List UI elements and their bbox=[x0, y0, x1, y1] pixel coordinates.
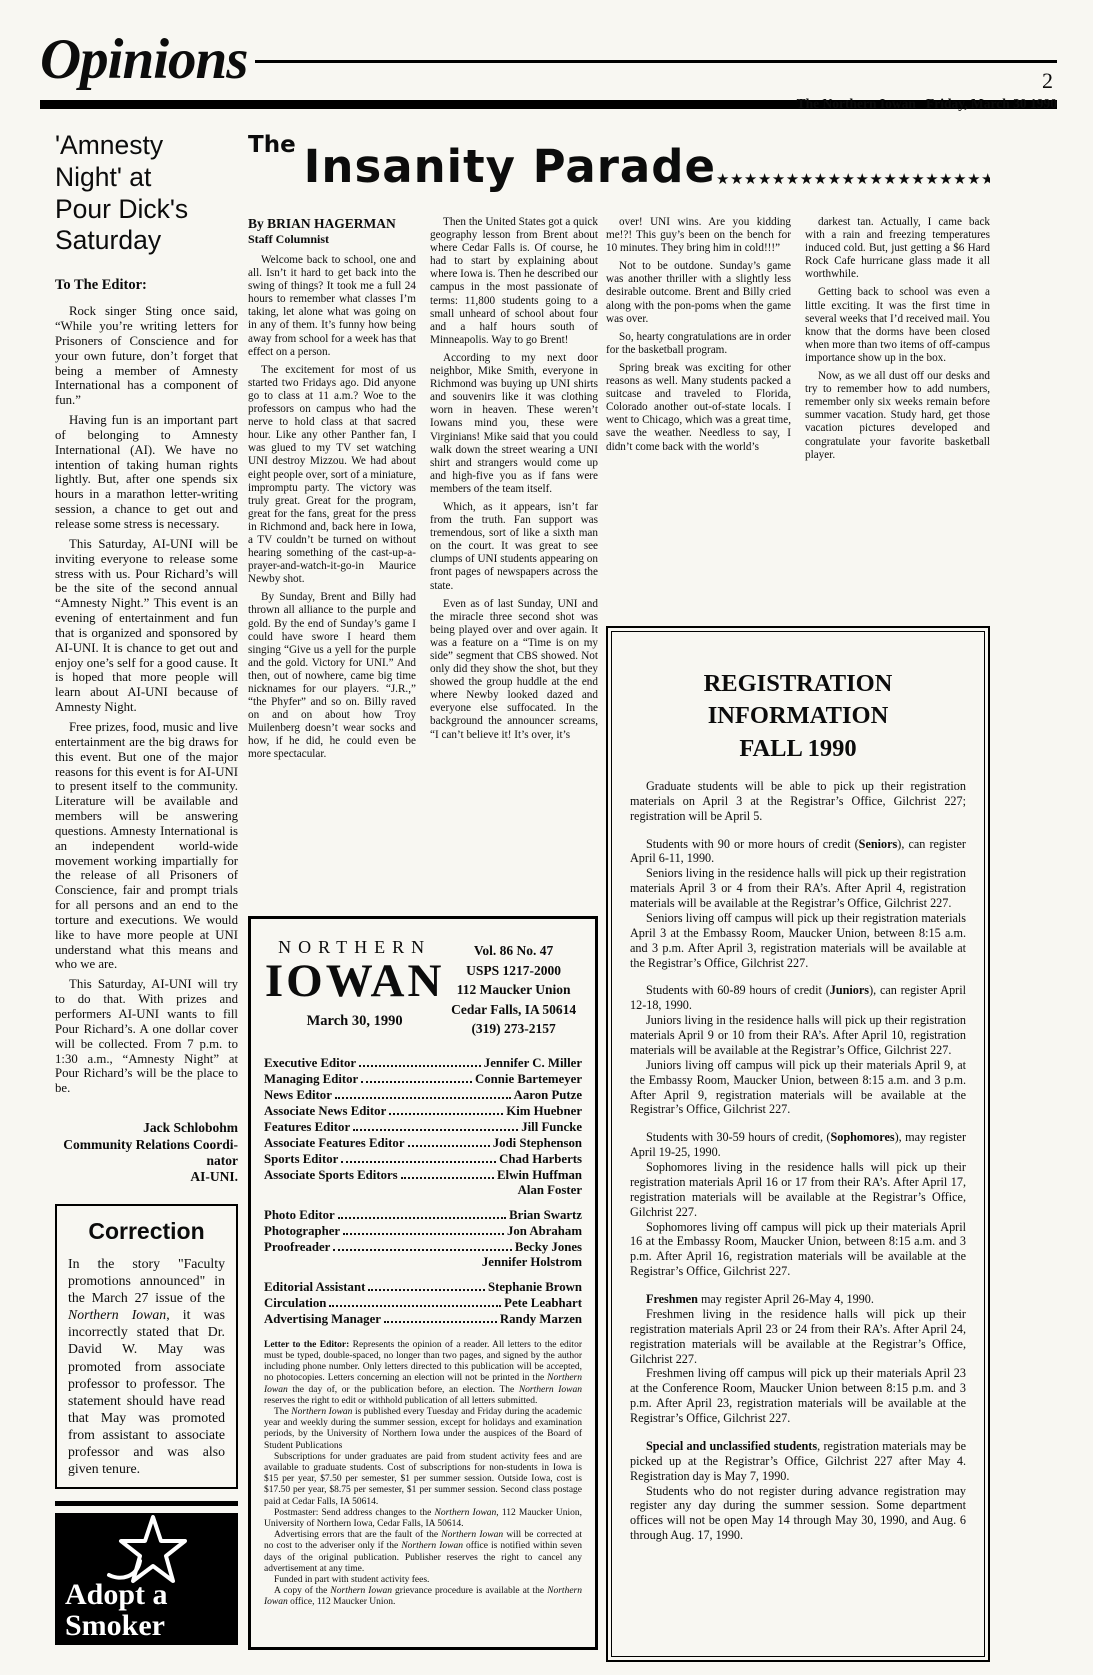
left-half: By BRIAN HAGERMAN Staff Columnist Welcom… bbox=[248, 216, 598, 1662]
paragraph: According to my next door neighbor, Mike… bbox=[430, 352, 598, 496]
article-column-1: By BRIAN HAGERMAN Staff Columnist Welcom… bbox=[248, 216, 416, 908]
staff-row: PhotographerJon Abraham bbox=[264, 1223, 582, 1239]
page-number: 2 bbox=[1042, 68, 1053, 94]
adopt-a-smoker-ad: Adopt a Smoker bbox=[55, 1513, 238, 1645]
staff-row: ProofreaderBecky Jones bbox=[264, 1239, 582, 1255]
paragraph: Students with 60-89 hours of credit (Jun… bbox=[630, 983, 966, 1013]
text-line: Cedar Falls, IA 50614 bbox=[445, 1000, 582, 1020]
staff-name: Randy Marzen bbox=[500, 1311, 582, 1327]
staff-row: CirculationPete Leabhart bbox=[264, 1295, 582, 1311]
staff-role: Executive Editor bbox=[264, 1055, 356, 1071]
staff-role: Associate Features Editor bbox=[264, 1135, 405, 1151]
registration-title: REGISTRATIONINFORMATIONFALL 1990 bbox=[630, 668, 966, 765]
column-title: Insanity Parade bbox=[304, 140, 716, 214]
correction-box: Correction In the story "Faculty promoti… bbox=[55, 1204, 238, 1489]
text-line: Jack Schlobohm bbox=[55, 1120, 238, 1136]
staff-role: Features Editor bbox=[264, 1119, 350, 1135]
letter-signature: Jack SchlobohmCommunity Relations Coordi… bbox=[55, 1120, 238, 1186]
header-rule bbox=[255, 60, 1057, 93]
text-line: Night' at bbox=[55, 162, 238, 194]
ad-line-2: Smoker bbox=[65, 1610, 168, 1641]
insanity-parade-header: The Insanity Parade ★★★★★★★★★★★★★★★★★★★★… bbox=[248, 130, 990, 214]
article-column-3: over! UNI wins. Are you kidding me!?! Th… bbox=[606, 216, 791, 618]
registration-box-inner: REGISTRATIONINFORMATIONFALL 1990 Graduat… bbox=[611, 631, 985, 1657]
dot-leader bbox=[401, 1177, 494, 1179]
staff-row: Photo EditorBrian Swartz bbox=[264, 1207, 582, 1223]
paragraph: over! UNI wins. Are you kidding me!?! Th… bbox=[606, 216, 791, 255]
page-header: Opinions 2 The Northern Iowan Friday, Ma… bbox=[40, 26, 1057, 109]
column-kicker: The bbox=[248, 132, 296, 214]
volume-block: Vol. 86 No. 47USPS 1217-2000112 Maucker … bbox=[445, 941, 582, 1039]
paragraph: Graduate students will be able to pick u… bbox=[630, 779, 966, 824]
paragraph: This Saturday, AI-UNI will be inviting e… bbox=[55, 537, 238, 715]
masthead-fine-print: Letter to the Editor: Represents the opi… bbox=[264, 1340, 582, 1609]
paragraph: This Saturday, AI-UNI will try to do tha… bbox=[55, 977, 238, 1096]
staff-name: Becky Jones bbox=[515, 1239, 582, 1255]
brand-iowan: IOWAN bbox=[264, 958, 445, 1005]
paragraph: Freshmen living in the residence halls w… bbox=[630, 1307, 966, 1367]
column-1-text: Welcome back to school, one and all. Isn… bbox=[248, 254, 416, 762]
correction-body: In the story "Faculty promotions announc… bbox=[68, 1255, 225, 1477]
text-line: INFORMATION bbox=[630, 700, 966, 732]
staff-row: Features EditorJill Funcke bbox=[264, 1119, 582, 1135]
paragraph: Seniors living off campus will pick up t… bbox=[630, 911, 966, 971]
correction-title: Correction bbox=[68, 1218, 225, 1245]
staff-role: News Editor bbox=[264, 1087, 332, 1103]
text-line: USPS 1217-2000 bbox=[445, 961, 582, 981]
staff-name: Elwin Huffman bbox=[497, 1167, 582, 1183]
masthead-brand: NORTHERN IOWAN March 30, 1990 bbox=[264, 929, 445, 1039]
byline-author: By BRIAN HAGERMAN bbox=[248, 216, 416, 232]
dot-leader bbox=[341, 1161, 496, 1163]
staff-role: Advertising Manager bbox=[264, 1311, 381, 1327]
staff-name: Jill Funcke bbox=[521, 1119, 582, 1135]
staff-row: Executive EditorJennifer C. Miller bbox=[264, 1055, 582, 1071]
paragraph: Students with 90 or more hours of credit… bbox=[630, 837, 966, 867]
paragraph: The Northern Iowan is published every Tu… bbox=[264, 1407, 582, 1452]
paragraph: Now, as we all dust off our desks and tr… bbox=[805, 370, 990, 462]
paragraph: Even as of last Sunday, UNI and the mira… bbox=[430, 598, 598, 742]
columns-area: By BRIAN HAGERMAN Staff Columnist Welcom… bbox=[248, 216, 990, 1662]
text-line: (319) 273-2157 bbox=[445, 1019, 582, 1039]
staff-row: Editorial AssistantStephanie Brown bbox=[264, 1279, 582, 1295]
dot-leader bbox=[335, 1097, 511, 1099]
byline-title: Staff Columnist bbox=[248, 232, 416, 247]
letter-salutation: To The Editor: bbox=[55, 277, 238, 294]
dot-leader bbox=[408, 1145, 490, 1147]
paragraph: Juniors living in the residence halls wi… bbox=[630, 1013, 966, 1058]
staff-name-continued: Jennifer Holstrom bbox=[264, 1255, 582, 1270]
paragraph: Freshmen may register April 26-May 4, 19… bbox=[630, 1292, 966, 1307]
text-line: Pour Dick's bbox=[55, 194, 238, 226]
star-row: ★★★★★★★★★★★★★★★★★★★★★★★★★★★★★★★★★★★★★★★★… bbox=[716, 170, 990, 214]
paragraph: Rock singer Sting once said, “While you’… bbox=[55, 304, 238, 408]
article-column-2: Then the United States got a quick geogr… bbox=[430, 216, 598, 908]
newspaper-page: Opinions 2 The Northern Iowan Friday, Ma… bbox=[0, 0, 1093, 1675]
staff-row: Associate Features EditorJodi Stephenson bbox=[264, 1135, 582, 1151]
paragraph: darkest tan. Actually, I came back with … bbox=[805, 216, 990, 281]
text-line: 'Amnesty bbox=[55, 130, 238, 162]
paragraph: Advertising errors that are the fault of… bbox=[264, 1530, 582, 1575]
paragraph: Special and unclassified students, regis… bbox=[630, 1439, 966, 1484]
paragraph: Sophomores living in the residence halls… bbox=[630, 1160, 966, 1220]
paragraph: Free prizes, food, music and live entert… bbox=[55, 720, 238, 972]
paragraph: Then the United States got a quick geogr… bbox=[430, 216, 598, 347]
left-rail: 'AmnestyNight' atPour Dick'sSaturday To … bbox=[55, 130, 238, 1664]
dot-leader bbox=[338, 1217, 506, 1219]
staff-role: Photographer bbox=[264, 1223, 340, 1239]
text-line: REGISTRATION bbox=[630, 668, 966, 700]
paragraph: Postmaster: Send address changes to the … bbox=[264, 1508, 582, 1530]
text-line: 112 Maucker Union bbox=[445, 980, 582, 1000]
staff-row: Associate News EditorKim Huebner bbox=[264, 1103, 582, 1119]
column-4-text: darkest tan. Actually, I came back with … bbox=[805, 216, 990, 462]
paragraph: A copy of the Northern Iowan grievance p… bbox=[264, 1586, 582, 1608]
paragraph: Subscriptions for under graduates are pa… bbox=[264, 1452, 582, 1508]
paragraph: So, hearty congratulations are in order … bbox=[606, 331, 791, 357]
paragraph: Getting back to school was even a little… bbox=[805, 286, 990, 365]
column-3-text: over! UNI wins. Are you kidding me!?! Th… bbox=[606, 216, 791, 454]
staff-row: News EditorAaron Putze bbox=[264, 1087, 582, 1103]
text-line: Community Relations Coordi- bbox=[55, 1137, 238, 1153]
paragraph: Students who do not register during adva… bbox=[630, 1484, 966, 1544]
paragraph: Not to be outdone. Sunday’s game was ano… bbox=[606, 260, 791, 325]
section-title: Opinions bbox=[40, 26, 247, 93]
dot-leader bbox=[353, 1129, 518, 1131]
staff-name: Kim Huebner bbox=[506, 1103, 582, 1119]
dateline: The Northern Iowan Friday, March 30 1990 bbox=[797, 96, 1057, 112]
dot-leader bbox=[361, 1081, 472, 1083]
text-line: AI-UNI. bbox=[55, 1169, 238, 1185]
staff-row: Associate Sports EditorsElwin Huffman bbox=[264, 1167, 582, 1183]
text-line: FALL 1990 bbox=[630, 733, 966, 765]
paragraph: Freshmen living off campus will pick up … bbox=[630, 1366, 966, 1426]
staff-role: Proofreader bbox=[264, 1239, 330, 1255]
staff-row: Managing EditorConnie Bartemeyer bbox=[264, 1071, 582, 1087]
staff-name: Stephanie Brown bbox=[488, 1279, 582, 1295]
ad-separator-rule bbox=[55, 1501, 238, 1506]
staff-name-continued: Alan Foster bbox=[264, 1183, 582, 1198]
staff-name: Jodi Stephenson bbox=[493, 1135, 582, 1151]
staff-role: Associate News Editor bbox=[264, 1103, 386, 1119]
staff-role: Associate Sports Editors bbox=[264, 1167, 398, 1183]
article-column-4: darkest tan. Actually, I came back with … bbox=[805, 216, 990, 618]
registration-body: Graduate students will be able to pick u… bbox=[630, 779, 966, 1543]
staff-name: Connie Bartemeyer bbox=[475, 1071, 582, 1087]
staff-role: Editorial Assistant bbox=[264, 1279, 365, 1295]
text-line: Saturday bbox=[55, 225, 238, 257]
dot-leader bbox=[333, 1249, 511, 1251]
byline: By BRIAN HAGERMAN Staff Columnist bbox=[248, 216, 416, 247]
paragraph: Juniors living off campus will pick up t… bbox=[630, 1058, 966, 1118]
staff-name: Jon Abraham bbox=[507, 1223, 582, 1239]
paragraph: Spring break was exciting for other reas… bbox=[606, 362, 791, 454]
text-line: nator bbox=[55, 1153, 238, 1169]
paragraph: Having fun is an important part of belon… bbox=[55, 413, 238, 532]
paragraph: Funded in part with student activity fee… bbox=[264, 1575, 582, 1586]
staff-name: Aaron Putze bbox=[514, 1087, 582, 1103]
paragraph: Letter to the Editor: Represents the opi… bbox=[264, 1340, 582, 1407]
paragraph: Students with 30-59 hours of credit, (So… bbox=[630, 1130, 966, 1160]
text-line: Vol. 86 No. 47 bbox=[445, 941, 582, 961]
staff-name: Pete Leabhart bbox=[504, 1295, 582, 1311]
paragraph: Which, as it appears, isn’t far from the… bbox=[430, 501, 598, 593]
staff-role: Sports Editor bbox=[264, 1151, 338, 1167]
staff-name: Jennifer C. Miller bbox=[484, 1055, 582, 1071]
masthead-box: NORTHERN IOWAN March 30, 1990 Vol. 86 No… bbox=[248, 916, 598, 1650]
staff-role: Circulation bbox=[264, 1295, 326, 1311]
dot-leader bbox=[389, 1113, 503, 1115]
staff-row: Advertising ManagerRandy Marzen bbox=[264, 1311, 582, 1327]
dot-leader bbox=[384, 1321, 497, 1323]
staff-role: Managing Editor bbox=[264, 1071, 358, 1087]
paragraph: Sophomores living off campus will pick u… bbox=[630, 1220, 966, 1280]
letter-headline: 'AmnestyNight' atPour Dick'sSaturday bbox=[55, 130, 238, 257]
paragraph: Seniors living in the residence halls wi… bbox=[630, 866, 966, 911]
paragraph: The excitement for most of us started tw… bbox=[248, 364, 416, 587]
letter-body: Rock singer Sting once said, “While you’… bbox=[55, 304, 238, 1096]
registration-box: REGISTRATIONINFORMATIONFALL 1990 Graduat… bbox=[606, 626, 990, 1662]
staff-list: Executive EditorJennifer C. MillerManagi… bbox=[264, 1055, 582, 1327]
dot-leader bbox=[329, 1305, 501, 1307]
column-2-text: Then the United States got a quick geogr… bbox=[430, 216, 598, 742]
paragraph: By Sunday, Brent and Billy had thrown al… bbox=[248, 591, 416, 761]
dot-leader bbox=[359, 1065, 481, 1067]
main-content: The Insanity Parade ★★★★★★★★★★★★★★★★★★★★… bbox=[248, 130, 990, 1664]
ad-line-1: Adopt a bbox=[65, 1579, 168, 1610]
staff-name: Chad Harberts bbox=[499, 1151, 582, 1167]
brand-date: March 30, 1990 bbox=[264, 1013, 445, 1030]
dot-leader bbox=[368, 1289, 485, 1291]
dot-leader bbox=[343, 1233, 504, 1235]
staff-row: Sports EditorChad Harberts bbox=[264, 1151, 582, 1167]
paragraph: Welcome back to school, one and all. Isn… bbox=[248, 254, 416, 359]
staff-role: Photo Editor bbox=[264, 1207, 335, 1223]
right-half: over! UNI wins. Are you kidding me!?! Th… bbox=[606, 216, 990, 1662]
ad-text: Adopt a Smoker bbox=[65, 1579, 168, 1641]
staff-name: Brian Swartz bbox=[509, 1207, 582, 1223]
